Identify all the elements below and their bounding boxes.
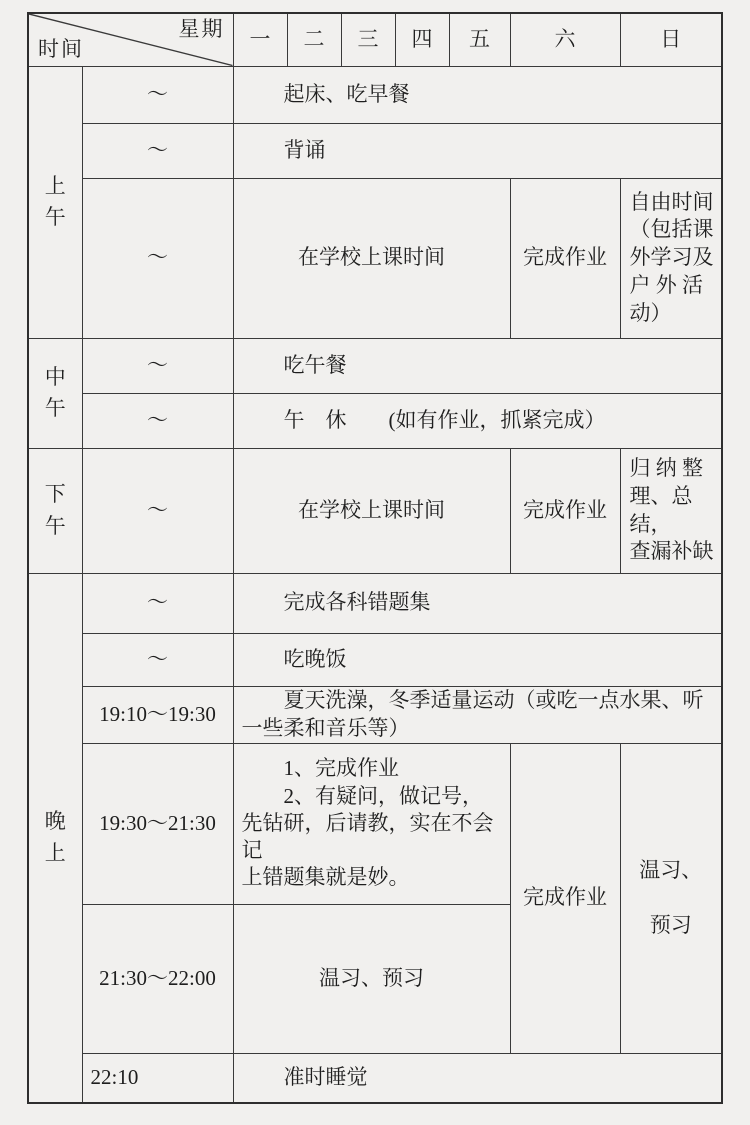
row-homework: 19:30～21:30 1、完成作业 2、有疑问，做记号， 先钻研，后请教，实在… bbox=[28, 743, 722, 904]
header-day-tue: 二 bbox=[287, 13, 341, 66]
activity-cell-review: 温习、预习 bbox=[233, 904, 510, 1053]
header-day-sun: 日 bbox=[620, 13, 722, 66]
row-dinner: ～ 吃晚饭 bbox=[28, 633, 722, 686]
activity-cell-wake: 起床、吃早餐 bbox=[233, 66, 722, 123]
week-label: 星期 bbox=[179, 16, 225, 43]
header-row: 星期 时间 一 二 三 四 五 六 日 bbox=[28, 13, 722, 66]
row-recite: ～ 背诵 bbox=[28, 123, 722, 178]
sat-cell-am: 完成作业 bbox=[510, 178, 620, 338]
sun-cell-evening: 温习、 预习 bbox=[620, 743, 722, 1053]
sat-cell-evening: 完成作业 bbox=[510, 743, 620, 1053]
time-cell-recite: ～ bbox=[82, 123, 233, 178]
time-cell-nap: ～ bbox=[82, 393, 233, 448]
header-day-thu: 四 bbox=[395, 13, 449, 66]
schedule-sheet: 星期 时间 一 二 三 四 五 六 日 上 午 ～ 起床、吃早餐 ～ 背诵 ～ … bbox=[0, 0, 750, 1125]
row-am-school: ～ 在学校上课时间 完成作业 自由时间 （包括课 外学习及 户 外 活 动） bbox=[28, 178, 722, 338]
period-evening: 晚 上 bbox=[28, 573, 82, 1103]
period-noon: 中 午 bbox=[28, 338, 82, 448]
sun-cell-am: 自由时间 （包括课 外学习及 户 外 活 动） bbox=[620, 178, 722, 338]
row-wake: 上 午 ～ 起床、吃早餐 bbox=[28, 66, 722, 123]
sat-cell-pm: 完成作业 bbox=[510, 448, 620, 573]
header-day-fri: 五 bbox=[449, 13, 510, 66]
row-pm-school: 下 午 ～ 在学校上课时间 完成作业 归 纳 整 理、总结， 查漏补缺 bbox=[28, 448, 722, 573]
activity-cell-sleep: 准时睡觉 bbox=[233, 1053, 722, 1103]
sun-cell-pm: 归 纳 整 理、总结， 查漏补缺 bbox=[620, 448, 722, 573]
time-label: 时间 bbox=[38, 36, 84, 63]
activity-cell-recite: 背诵 bbox=[233, 123, 722, 178]
time-cell-bath: 19:10～19:30 bbox=[82, 686, 233, 743]
activity-cell-nap: 午 休 (如有作业，抓紧完成） bbox=[233, 393, 722, 448]
header-day-wed: 三 bbox=[341, 13, 395, 66]
activity-cell-errata: 完成各科错题集 bbox=[233, 573, 722, 633]
activity-cell-bath: 夏天洗澡，冬季适量运动（或吃一点水果、听 一些柔和音乐等） bbox=[233, 686, 722, 743]
activity-cell-lunch: 吃午餐 bbox=[233, 338, 722, 393]
time-cell-homework: 19:30～21:30 bbox=[82, 743, 233, 904]
row-nap: ～ 午 休 (如有作业，抓紧完成） bbox=[28, 393, 722, 448]
row-bath: 19:10～19:30 夏天洗澡，冬季适量运动（或吃一点水果、听 一些柔和音乐等… bbox=[28, 686, 722, 743]
period-afternoon: 下 午 bbox=[28, 448, 82, 573]
header-day-mon: 一 bbox=[233, 13, 287, 66]
activity-cell-homework: 1、完成作业 2、有疑问，做记号， 先钻研，后请教，实在不会记 上错题集就是妙。 bbox=[233, 743, 510, 904]
time-cell-sleep: 22:10 bbox=[82, 1053, 233, 1103]
time-cell-pm-school: ～ bbox=[82, 448, 233, 573]
header-day-sat: 六 bbox=[510, 13, 620, 66]
activity-cell-dinner: 吃晚饭 bbox=[233, 633, 722, 686]
corner-cell: 星期 时间 bbox=[28, 13, 233, 66]
time-cell-errata: ～ bbox=[82, 573, 233, 633]
time-cell-wake: ～ bbox=[82, 66, 233, 123]
row-errata: 晚 上 ～ 完成各科错题集 bbox=[28, 573, 722, 633]
row-lunch: 中 午 ～ 吃午餐 bbox=[28, 338, 722, 393]
activity-cell-am-school: 在学校上课时间 bbox=[233, 178, 510, 338]
time-cell-dinner: ～ bbox=[82, 633, 233, 686]
time-cell-review: 21:30～22:00 bbox=[82, 904, 233, 1053]
time-cell-lunch: ～ bbox=[82, 338, 233, 393]
time-cell-am-school: ～ bbox=[82, 178, 233, 338]
row-sleep: 22:10 准时睡觉 bbox=[28, 1053, 722, 1103]
period-morning: 上 午 bbox=[28, 66, 82, 338]
activity-cell-pm-school: 在学校上课时间 bbox=[233, 448, 510, 573]
schedule-table: 星期 时间 一 二 三 四 五 六 日 上 午 ～ 起床、吃早餐 ～ 背诵 ～ … bbox=[27, 12, 723, 1104]
